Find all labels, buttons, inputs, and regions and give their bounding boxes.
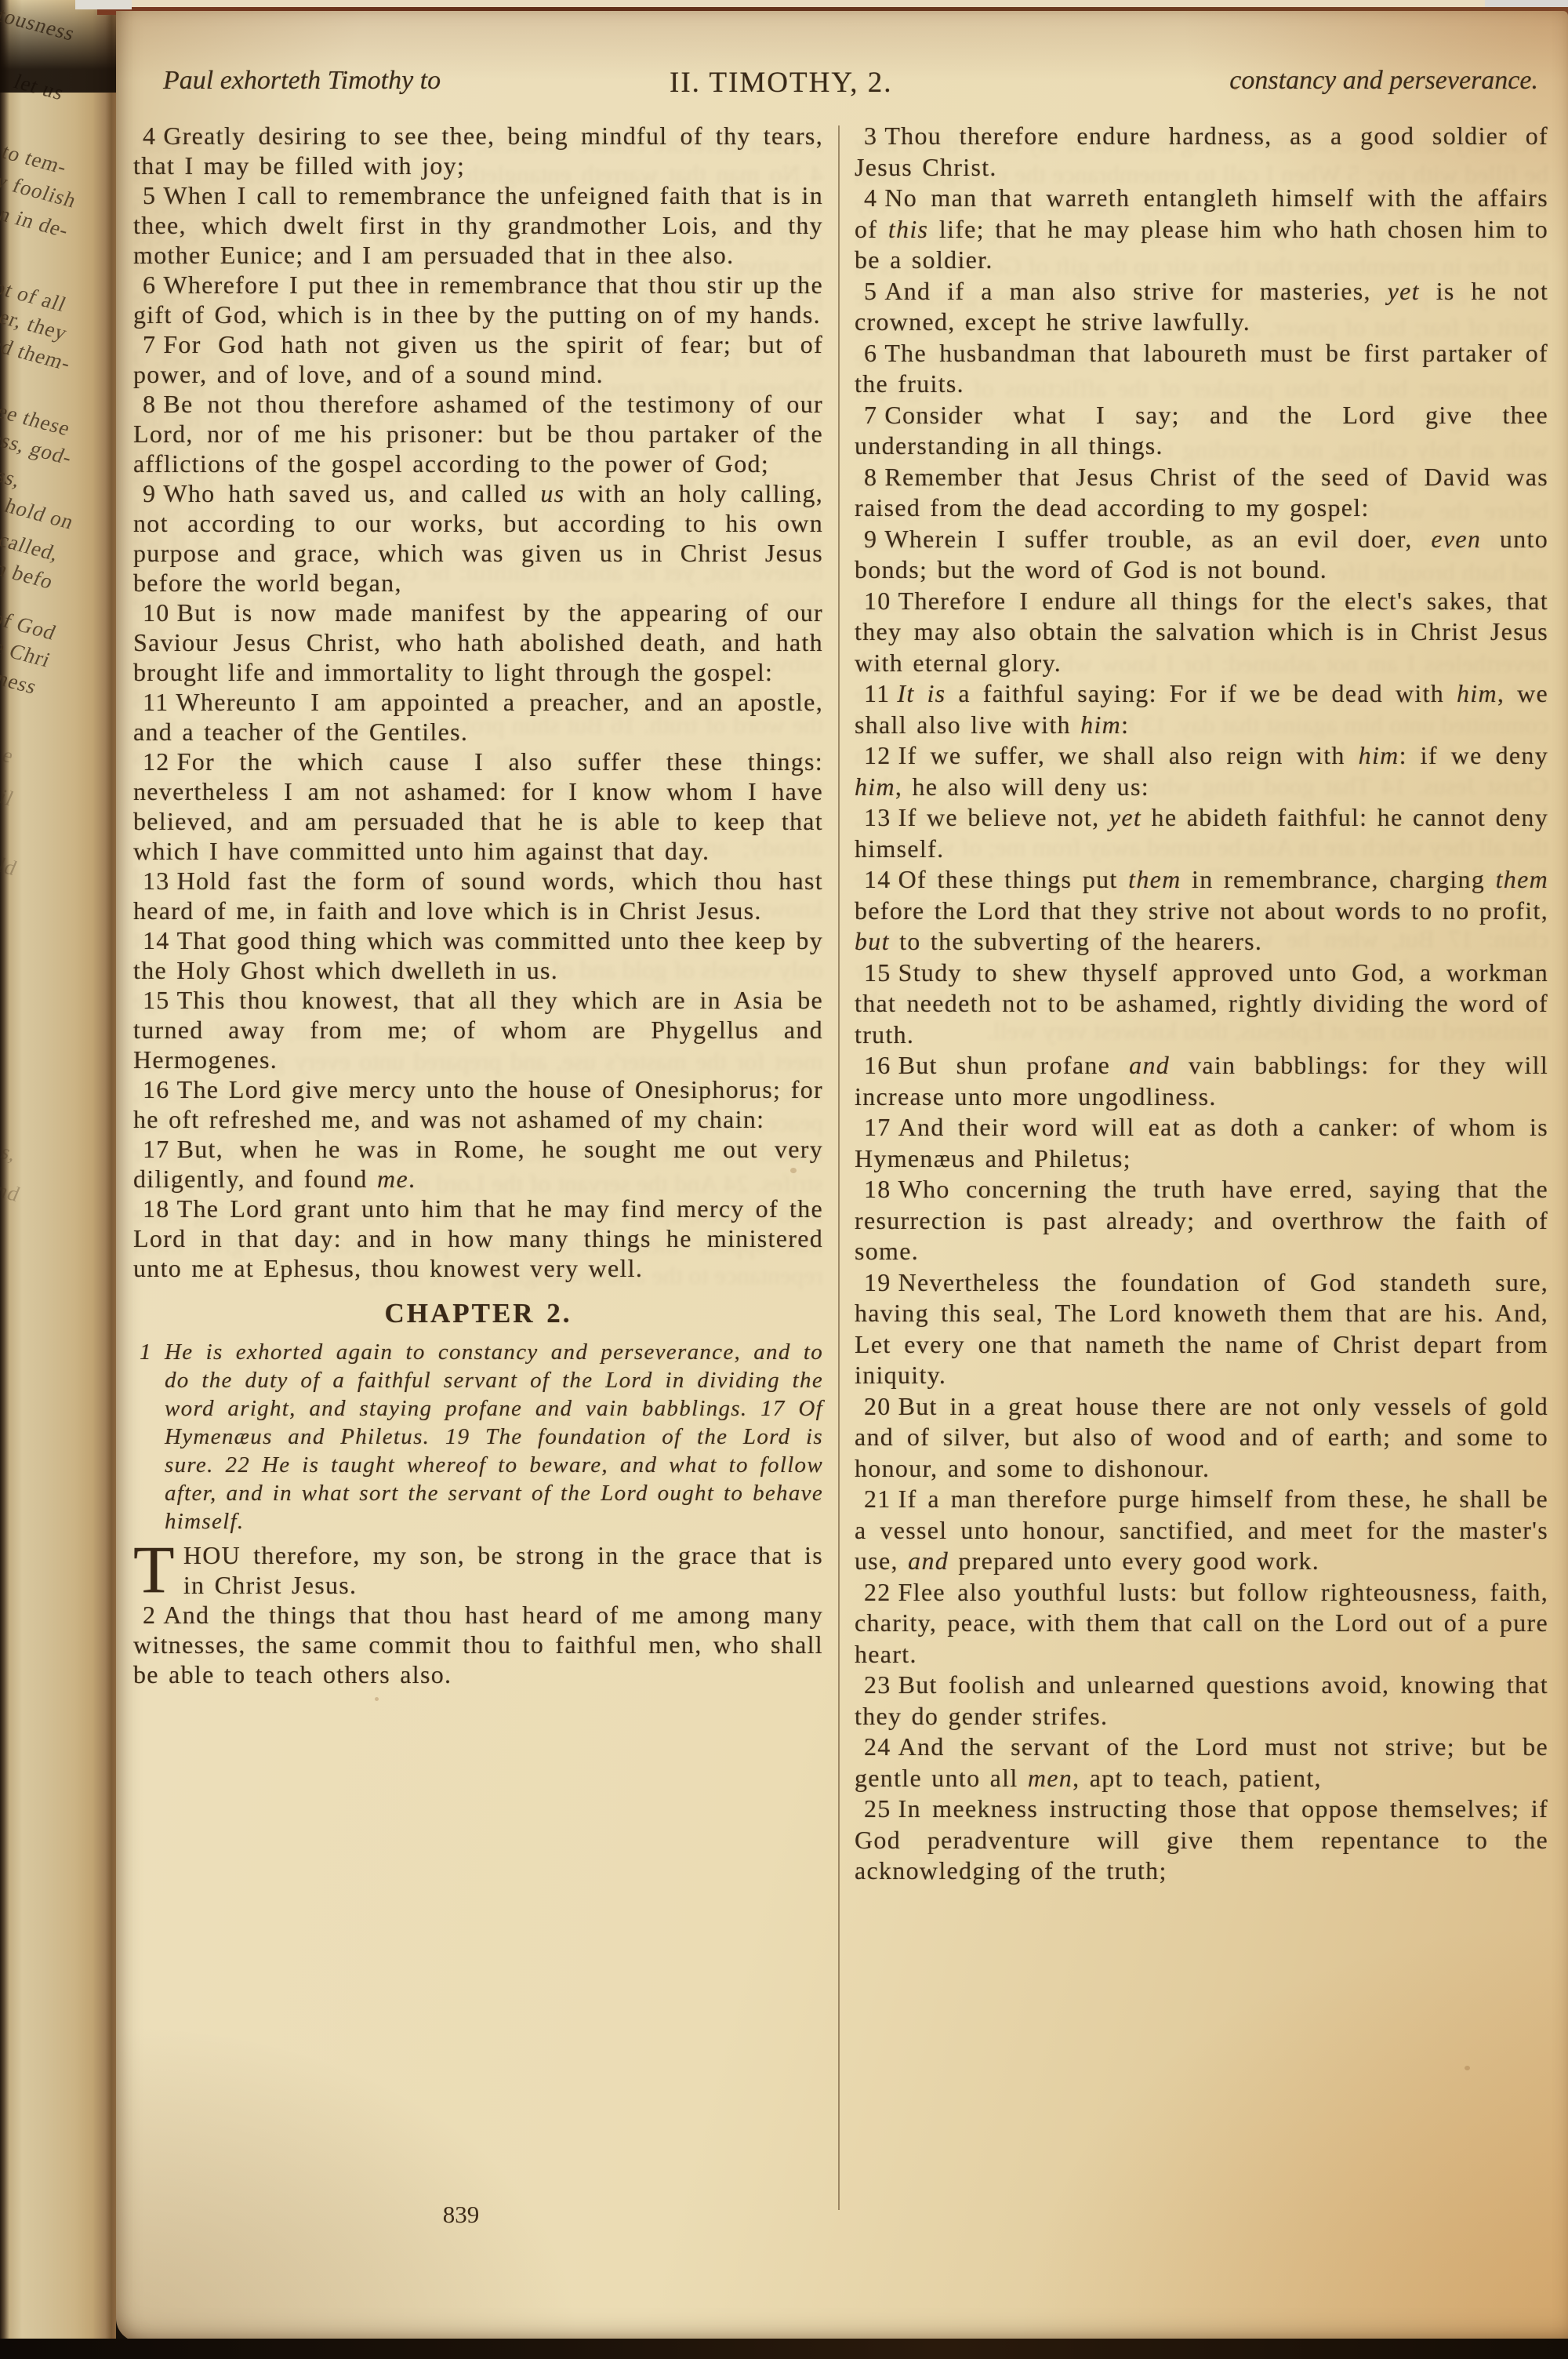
verse-13: 13If we believe not, yet he abideth fait… <box>855 802 1548 864</box>
italic-word: us <box>540 479 564 507</box>
italic-word: him <box>1359 741 1399 769</box>
verse-number: 12 <box>143 747 177 776</box>
verse-number: 11 <box>864 679 897 707</box>
verse-12: 12For the which cause I also suffer thes… <box>133 747 823 866</box>
background-sliver-top-right <box>1485 0 1568 7</box>
verse-23: 23But foolish and unlearned questions av… <box>855 1670 1548 1732</box>
italic-word: this <box>888 215 928 243</box>
italic-word: them <box>1128 865 1181 893</box>
paper-freckle <box>790 1168 797 1173</box>
book-bottom-board-edge <box>0 2339 1568 2359</box>
paper-freckle <box>1233 85 1238 90</box>
italic-word: yet <box>1109 803 1142 831</box>
verse-22: 22Flee also youthful lusts: but follow r… <box>855 1577 1548 1670</box>
chapter-summary: 1 He is exhorted again to constancy and … <box>165 1338 823 1536</box>
verse-2: 2And the things that thou hast heard of … <box>133 1600 823 1689</box>
verse-number: 5 <box>864 277 884 305</box>
verse-17: 17And their word will eat as doth a cank… <box>855 1112 1548 1174</box>
italic-word: him <box>855 772 895 801</box>
verse-number: 10 <box>143 598 177 627</box>
paper-freckle <box>1465 2066 1470 2070</box>
italic-word: even <box>1431 525 1481 553</box>
verse-17: 17But, when he was in Rome, he sought me… <box>133 1134 823 1194</box>
verse-number: 25 <box>864 1794 898 1823</box>
column-divider-rule <box>838 125 840 2210</box>
italic-word: men <box>1028 1764 1073 1792</box>
verse-20: 20But in a great house there are not onl… <box>855 1391 1548 1485</box>
verse-number: 16 <box>143 1075 177 1103</box>
verse-4: 4No man that warreth entangleth himself … <box>855 183 1548 276</box>
verse-number: 6 <box>143 271 163 299</box>
gutter-fragment: il <box>0 785 18 811</box>
verse-number: 13 <box>864 803 898 831</box>
verse-9: 9Who hath saved us, and called us with a… <box>133 478 823 598</box>
verse-16: 16But shun profane and vain babblings: f… <box>855 1050 1548 1112</box>
verse-number: 5 <box>143 181 163 209</box>
verse-number: 9 <box>864 525 884 553</box>
verse-18: 18Who concerning the truth have erred, s… <box>855 1174 1548 1267</box>
verse-dropcap: THOU therefore, my son, be strong in the… <box>133 1540 823 1600</box>
italic-word: It is <box>897 679 946 707</box>
verse-number: 2 <box>143 1601 163 1629</box>
verse-number: 12 <box>864 741 898 769</box>
running-head-title: II. TIMOTHY, 2. <box>670 66 893 100</box>
verse-number: 24 <box>864 1732 898 1761</box>
chapter-summary-number: 1 <box>140 1338 152 1366</box>
verse-number: 8 <box>143 390 163 418</box>
gutter-fragment: e <box>0 743 18 768</box>
verse-number: 18 <box>864 1175 898 1203</box>
verse-19: 19Nevertheless the foundation of God sta… <box>855 1267 1548 1391</box>
verse-9: 9Wherein I suffer trouble, as an evil do… <box>855 524 1548 586</box>
gutter-fragment: ld <box>0 853 21 881</box>
verse-6: 6The husbandman that laboureth must be f… <box>855 338 1548 400</box>
verse-number: 10 <box>864 587 898 615</box>
open-bible-book-photo: etousnesslet usto tem-y foolishn in de-o… <box>0 0 1568 2359</box>
verse-dropcap-text: HOU therefore, my son, be strong in the … <box>183 1541 823 1599</box>
verse-number: 21 <box>864 1485 898 1513</box>
verse-14: 14That good thing which was committed un… <box>133 925 823 985</box>
verse-number: 13 <box>143 867 177 895</box>
verse-number: 3 <box>864 122 884 150</box>
chapter-heading: CHAPTER 2. <box>133 1299 823 1329</box>
verse-4: 4Greatly desiring to see thee, being min… <box>133 121 823 180</box>
page-number: 839 <box>336 2201 586 2229</box>
chapter-summary-text: He is exhorted again to constancy and pe… <box>165 1339 823 1534</box>
verse-6: 6Wherefore I put thee in remembrance tha… <box>133 270 823 329</box>
verse-11: 11It is a faithful saying: For if we be … <box>855 678 1548 740</box>
chapter2-verses: 2And the things that thou hast heard of … <box>133 1600 823 1689</box>
gutter-fragment: hold on <box>1 494 78 535</box>
verse-number: 15 <box>864 958 898 987</box>
verse-7: 7For God hath not given us the spirit of… <box>133 329 823 389</box>
verse-number: 7 <box>143 330 163 358</box>
verse-13: 13Hold fast the form of sound words, whi… <box>133 866 823 925</box>
verse-number: 17 <box>143 1135 177 1163</box>
verse-21: 21If a man therefore purge himself from … <box>855 1484 1548 1577</box>
verse-5: 5And if a man also strive for masteries,… <box>855 276 1548 338</box>
italic-word: him <box>1457 679 1497 707</box>
verse-8: 8Be not thou therefore ashamed of the te… <box>133 389 823 478</box>
verse-number: 9 <box>143 479 163 507</box>
gutter-fragment: s, <box>0 1140 21 1167</box>
running-head: Paul exhorteth Timothy to II. TIMOTHY, 2… <box>116 66 1568 105</box>
verse-number: 4 <box>864 184 884 212</box>
verse-12: 12If we suffer, we shall also reign with… <box>855 740 1548 802</box>
verse-number: 19 <box>864 1268 898 1296</box>
verse-15: 15Study to shew thyself approved unto Go… <box>855 958 1548 1051</box>
verse-number: 8 <box>864 463 884 491</box>
verse-number: 14 <box>143 926 177 954</box>
book-gutter-previous-page-edge: etousnesslet usto tem-y foolishn in de-o… <box>0 0 116 2359</box>
verse-number: 6 <box>864 339 884 367</box>
running-head-left: Paul exhorteth Timothy to <box>163 66 441 96</box>
gutter-fragment: nd <box>0 1178 24 1206</box>
verse-25: 25In meekness instructing those that opp… <box>855 1794 1548 1887</box>
dropcap-letter: T <box>133 1544 176 1594</box>
verse-15: 15This thou knowest, that all they which… <box>133 985 823 1074</box>
verse-18: 18The Lord grant unto him that he may fi… <box>133 1194 823 1283</box>
verse-10: 10But is now made manifest by the appear… <box>133 598 823 687</box>
bible-page-839: Paul exhorteth Timothy to II. TIMOTHY, 2… <box>116 11 1568 2342</box>
verse-11: 11Whereunto I am appointed a preacher, a… <box>133 687 823 747</box>
left-column: 4Greatly desiring to see thee, being min… <box>133 121 823 1689</box>
verse-number: 14 <box>864 865 898 893</box>
verse-number: 7 <box>864 401 884 429</box>
italic-word: him <box>1080 711 1121 739</box>
verse-number: 15 <box>143 986 177 1014</box>
verse-14: 14Of these things put them in remembranc… <box>855 864 1548 958</box>
verse-24: 24And the servant of the Lord must not s… <box>855 1732 1548 1794</box>
italic-word: me <box>377 1165 408 1193</box>
italic-word: and <box>908 1547 949 1575</box>
verse-number: 18 <box>143 1194 177 1223</box>
right-column: 3Thou therefore endure hardness, as a go… <box>855 121 1548 1887</box>
verse-number: 23 <box>864 1670 898 1699</box>
italic-word: them <box>1496 865 1548 893</box>
verse-10: 10Therefore I endure all things for the … <box>855 586 1548 679</box>
verse-number: 4 <box>143 122 163 150</box>
background-sliver-top-left <box>75 0 132 9</box>
verse-number: 16 <box>864 1051 898 1079</box>
paper-freckle <box>375 1697 379 1701</box>
gutter-fragment: ss, <box>0 463 25 493</box>
verse-number: 22 <box>864 1578 898 1606</box>
verse-7: 7Consider what I say; and the Lord give … <box>855 400 1548 462</box>
italic-word: yet <box>1388 277 1420 305</box>
verse-16: 16The Lord give mercy unto the house of … <box>133 1074 823 1134</box>
italic-word: but <box>855 927 890 955</box>
chapter2-right-verses: 3Thou therefore endure hardness, as a go… <box>855 121 1548 1887</box>
verse-3: 3Thou therefore endure hardness, as a go… <box>855 121 1548 183</box>
verse-5: 5When I call to remembrance the unfeigne… <box>133 180 823 270</box>
verse-number: 17 <box>864 1113 898 1141</box>
verse-number: 11 <box>143 688 176 716</box>
running-head-right: constancy and perseverance. <box>1229 66 1538 96</box>
verse-number: 20 <box>864 1392 898 1420</box>
verse-8: 8Remember that Jesus Christ of the seed … <box>855 462 1548 524</box>
italic-word: and <box>1129 1051 1170 1079</box>
chapter1-verses: 4Greatly desiring to see thee, being min… <box>133 121 823 1283</box>
